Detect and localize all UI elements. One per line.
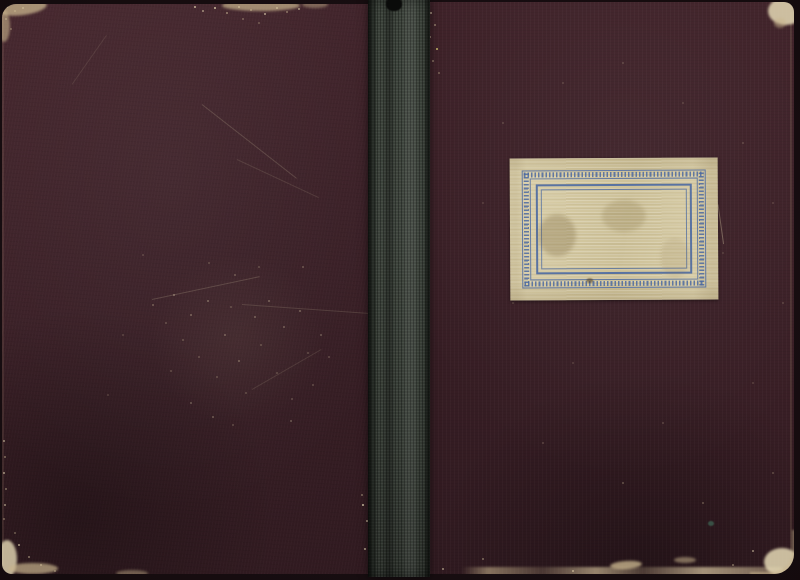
- spine-top-notch: [386, 0, 402, 11]
- label-border-tick-band: [524, 172, 704, 178]
- bottom-right-corner-wear-arc: [750, 530, 794, 574]
- left-cover-board: [2, 4, 378, 574]
- scuff-haze: [122, 224, 352, 454]
- bottom-edge-wear: [116, 570, 148, 574]
- corner-wear-top-right: [774, 18, 786, 28]
- bottom-edge-wear: [8, 563, 58, 574]
- label-border-tick-band: [524, 172, 530, 286]
- label-border-tick-band: [524, 281, 704, 287]
- label-fleck: [586, 278, 593, 283]
- scratch: [72, 35, 107, 85]
- right-cover-board: [422, 2, 794, 574]
- bottom-edge-nick: [674, 557, 696, 563]
- scratch-near-label: [718, 204, 725, 244]
- top-edge-wear: [222, 4, 300, 11]
- spine-cloth: [368, 0, 430, 577]
- bookplate-label: [510, 157, 719, 300]
- left-board-worn-edge: [2, 12, 4, 566]
- right-board-worn-edge: [790, 12, 792, 558]
- top-edge-wear: [302, 4, 328, 8]
- green-paint-fleck: [708, 521, 714, 526]
- label-text: [544, 192, 684, 267]
- scratch: [202, 104, 297, 179]
- label-border-tick-band: [699, 172, 705, 286]
- photo-book-cover: [0, 0, 800, 580]
